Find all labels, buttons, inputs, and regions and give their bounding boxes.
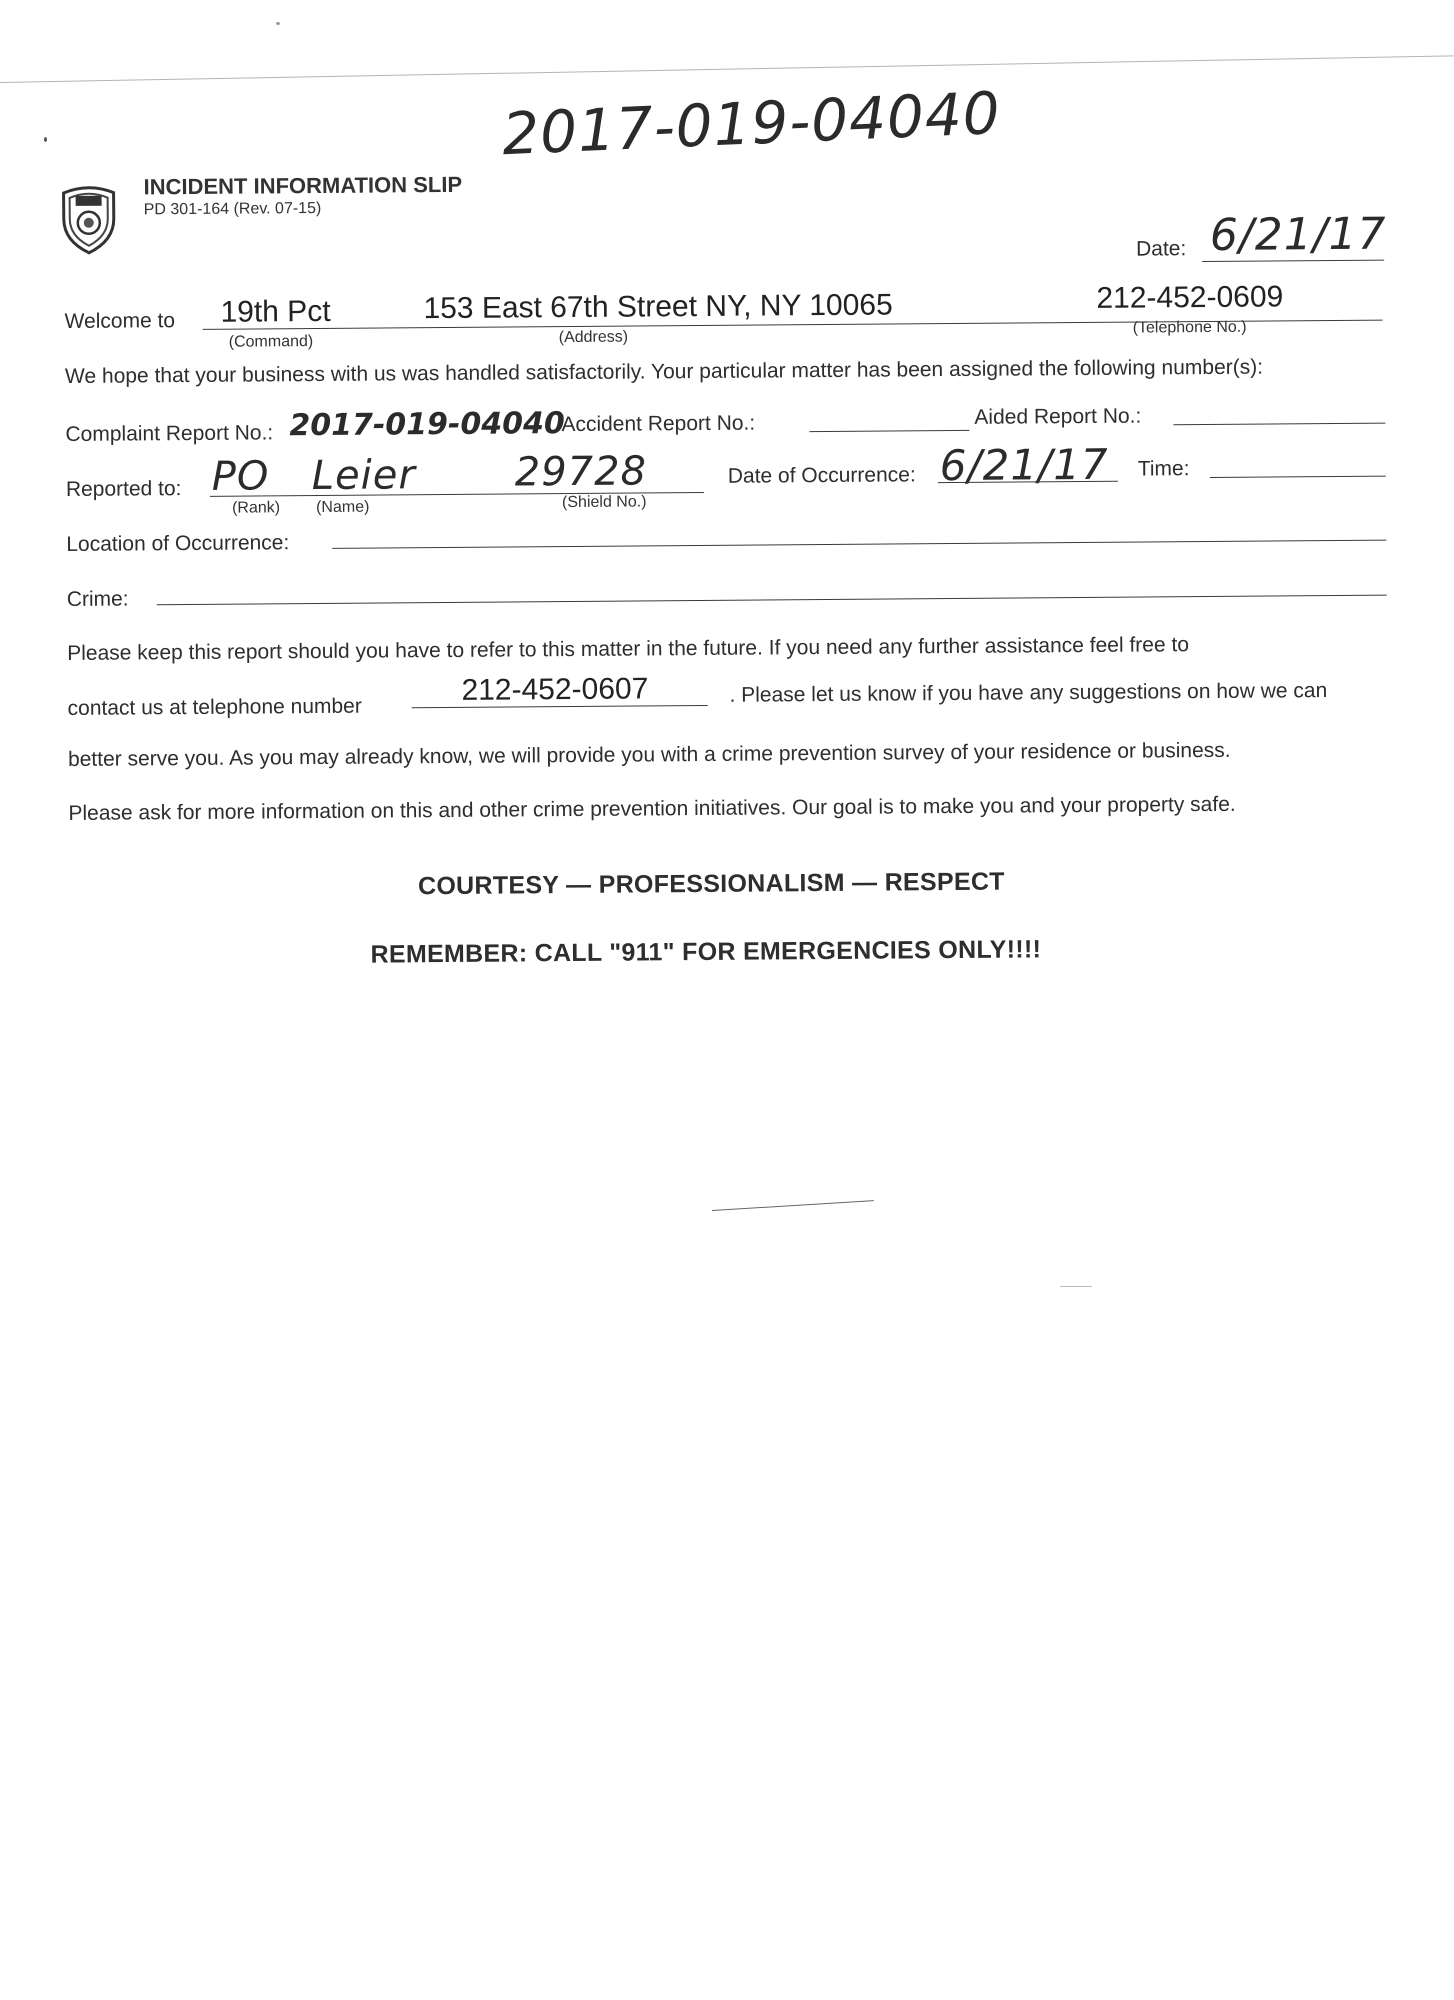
telephone-value[interactable]: 212-452-0609 [1096,280,1283,315]
crime-field[interactable] [157,595,1387,606]
body-line-2-prefix: contact us at telephone number [68,695,362,721]
body-line-1: Please keep this report should you have … [67,633,1189,666]
location-field[interactable] [332,540,1386,549]
accident-report-label: Accident Report No.: [561,412,755,438]
accident-report-field[interactable] [809,430,969,432]
command-caption: (Command) [229,333,314,352]
body-line-4: Please ask for more information on this … [68,793,1235,826]
handwritten-case-number: 2017-019-04040 [501,79,1002,168]
form-title: INCIDENT INFORMATION SLIP [143,172,462,201]
rank-value[interactable]: PO [212,453,270,499]
intro-text: We hope that your business with us was h… [65,356,1263,389]
name-caption: (Name) [316,499,369,517]
body-line-3: better serve you. As you may already kno… [68,739,1231,772]
reported-to-label: Reported to: [66,477,182,502]
officer-name-value[interactable]: Leier [312,452,416,499]
date-label: Date: [1136,237,1186,261]
police-department-shield-icon [60,185,119,255]
date-of-occurrence-label: Date of Occurrence: [728,463,916,488]
command-value[interactable]: 19th Pct [220,295,330,330]
shield-number-value[interactable]: 29728 [515,448,648,495]
date-underline [1202,260,1384,262]
body-line-2-suffix: . Please let us know if you have any sug… [729,679,1327,708]
crime-label: Crime: [67,587,129,611]
aided-report-field[interactable] [1173,423,1385,426]
emergency-reminder: REMEMBER: CALL "911" FOR EMERGENCIES ONL… [370,935,1041,969]
form-code: PD 301-164 (Rev. 07-15) [144,200,322,219]
stray-mark [1060,1286,1092,1287]
location-label: Location of Occurrence: [66,531,289,557]
time-field[interactable] [1210,476,1386,478]
address-caption: (Address) [559,329,628,348]
rank-caption: (Rank) [232,499,280,517]
slogan: COURTESY — PROFESSIONALISM — RESPECT [418,868,1005,902]
address-value[interactable]: 153 East 67th Street NY, NY 10065 [423,288,892,326]
complaint-report-value[interactable]: 2017-019-04040 [289,406,565,443]
date-value[interactable]: 6/21/17 [1210,209,1387,261]
contact-phone-value[interactable]: 212-452-0607 [461,672,648,707]
complaint-report-label: Complaint Report No.: [65,421,273,447]
aided-report-label: Aided Report No.: [974,405,1141,430]
shield-caption: (Shield No.) [562,493,647,512]
telephone-caption: (Telephone No.) [1133,319,1247,338]
time-label: Time: [1138,457,1190,481]
incident-slip-page: 2017-019-04040 INCIDENT INFORMATION SLIP… [0,0,1454,2000]
contact-phone-underline [412,705,708,708]
welcome-label: Welcome to [64,309,175,334]
